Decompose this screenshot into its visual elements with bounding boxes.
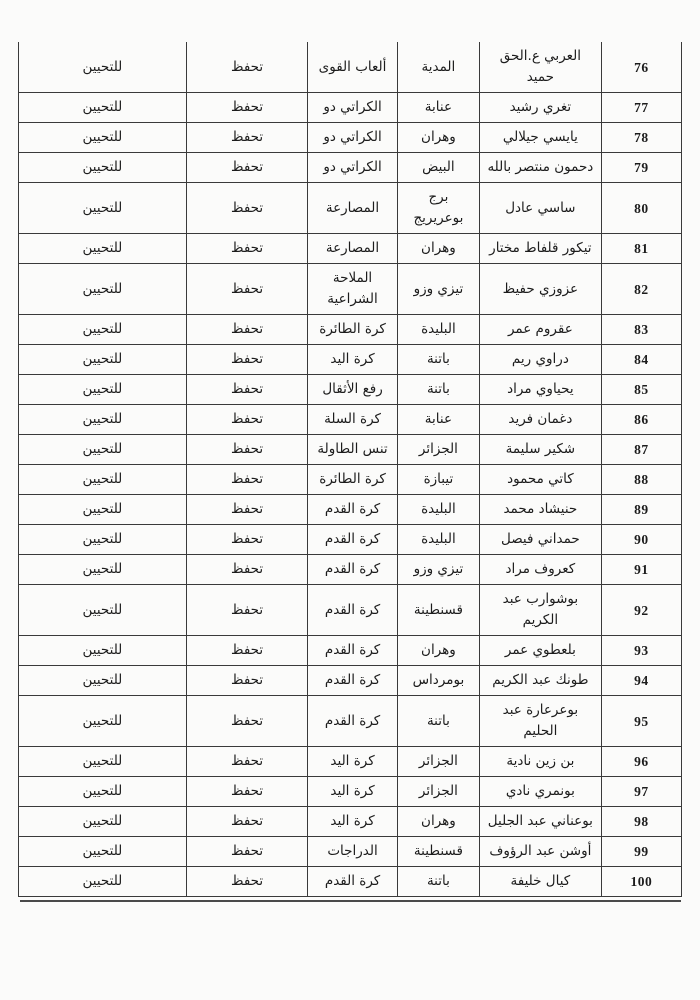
city-cell: المدية bbox=[397, 42, 479, 93]
athletes-roster-body: 76العربي ع.الحق حميدالمديةألعاب القوىتحف… bbox=[19, 42, 682, 897]
sport-cell: كرة الطائرة bbox=[308, 315, 397, 345]
city-cell: باتنة bbox=[397, 696, 479, 747]
table-row: 93بلعطوي عمروهرانكرة القدمتحفظللتحيين bbox=[19, 636, 682, 666]
status-cell: تحفظ bbox=[186, 495, 308, 525]
status-cell: تحفظ bbox=[186, 183, 308, 234]
athlete-name-cell: عقروم عمر bbox=[480, 315, 602, 345]
row-number-cell: 88 bbox=[601, 465, 681, 495]
status-cell: تحفظ bbox=[186, 375, 308, 405]
update-flag-cell: للتحيين bbox=[19, 585, 187, 636]
status-cell: تحفظ bbox=[186, 837, 308, 867]
update-flag-cell: للتحيين bbox=[19, 747, 187, 777]
city-cell: البيض bbox=[397, 153, 479, 183]
table-row: 90حمداني فيصلالبليدةكرة القدمتحفظللتحيين bbox=[19, 525, 682, 555]
athlete-name-cell: حنيشاد محمد bbox=[480, 495, 602, 525]
row-number-cell: 77 bbox=[601, 93, 681, 123]
table-row: 99أوشن عبد الرؤوفقسنطينةالدراجاتتحفظللتح… bbox=[19, 837, 682, 867]
row-number-cell: 79 bbox=[601, 153, 681, 183]
city-cell: تيبازة bbox=[397, 465, 479, 495]
update-flag-cell: للتحيين bbox=[19, 234, 187, 264]
city-cell: بومرداس bbox=[397, 666, 479, 696]
city-cell: البليدة bbox=[397, 315, 479, 345]
city-cell: الجزائر bbox=[397, 435, 479, 465]
city-cell: وهران bbox=[397, 807, 479, 837]
status-cell: تحفظ bbox=[186, 666, 308, 696]
update-flag-cell: للتحيين bbox=[19, 123, 187, 153]
table-row: 94طونك عبد الكريمبومرداسكرة القدمتحفظللت… bbox=[19, 666, 682, 696]
status-cell: تحفظ bbox=[186, 153, 308, 183]
city-cell: عنابة bbox=[397, 405, 479, 435]
city-cell: باتنة bbox=[397, 345, 479, 375]
row-number-cell: 95 bbox=[601, 696, 681, 747]
sport-cell: كرة القدم bbox=[308, 696, 397, 747]
table-row: 87شكير سليمةالجزائرتنس الطاولةتحفظللتحيي… bbox=[19, 435, 682, 465]
athlete-name-cell: تغري رشيد bbox=[480, 93, 602, 123]
update-flag-cell: للتحيين bbox=[19, 315, 187, 345]
table-row: 89حنيشاد محمدالبليدةكرة القدمتحفظللتحيين bbox=[19, 495, 682, 525]
status-cell: تحفظ bbox=[186, 807, 308, 837]
row-number-cell: 97 bbox=[601, 777, 681, 807]
row-number-cell: 98 bbox=[601, 807, 681, 837]
row-number-cell: 80 bbox=[601, 183, 681, 234]
scanned-page: 76العربي ع.الحق حميدالمديةألعاب القوىتحف… bbox=[18, 42, 682, 897]
athlete-name-cell: دراوي ريم bbox=[480, 345, 602, 375]
sport-cell: الكراتي دو bbox=[308, 153, 397, 183]
row-number-cell: 78 bbox=[601, 123, 681, 153]
status-cell: تحفظ bbox=[186, 435, 308, 465]
status-cell: تحفظ bbox=[186, 585, 308, 636]
sport-cell: كرة القدم bbox=[308, 525, 397, 555]
row-number-cell: 76 bbox=[601, 42, 681, 93]
table-row: 91كعروف مرادتيزي وزوكرة القدمتحفظللتحيين bbox=[19, 555, 682, 585]
athlete-name-cell: كاتي محمود bbox=[480, 465, 602, 495]
status-cell: تحفظ bbox=[186, 123, 308, 153]
status-cell: تحفظ bbox=[186, 696, 308, 747]
sport-cell: الملاحة الشراعية bbox=[308, 264, 397, 315]
row-number-cell: 90 bbox=[601, 525, 681, 555]
city-cell: وهران bbox=[397, 123, 479, 153]
update-flag-cell: للتحيين bbox=[19, 375, 187, 405]
city-cell: تيزي وزو bbox=[397, 555, 479, 585]
athlete-name-cell: بلعطوي عمر bbox=[480, 636, 602, 666]
athlete-name-cell: بوعناني عبد الجليل bbox=[480, 807, 602, 837]
status-cell: تحفظ bbox=[186, 264, 308, 315]
status-cell: تحفظ bbox=[186, 525, 308, 555]
sport-cell: الكراتي دو bbox=[308, 123, 397, 153]
city-cell: تيزي وزو bbox=[397, 264, 479, 315]
table-row: 85يحياوي مرادباتنةرفع الأثقالتحفظللتحيين bbox=[19, 375, 682, 405]
athlete-name-cell: بن زين نادية bbox=[480, 747, 602, 777]
update-flag-cell: للتحيين bbox=[19, 636, 187, 666]
sport-cell: المصارعة bbox=[308, 234, 397, 264]
sport-cell: الدراجات bbox=[308, 837, 397, 867]
athlete-name-cell: تيكور قلفاط مختار bbox=[480, 234, 602, 264]
athlete-name-cell: شكير سليمة bbox=[480, 435, 602, 465]
table-row: 92بوشوارب عبد الكريمقسنطينةكرة القدمتحفظ… bbox=[19, 585, 682, 636]
athlete-name-cell: بوشوارب عبد الكريم bbox=[480, 585, 602, 636]
table-row: 77تغري رشيدعنابةالكراتي دوتحفظللتحيين bbox=[19, 93, 682, 123]
update-flag-cell: للتحيين bbox=[19, 696, 187, 747]
update-flag-cell: للتحيين bbox=[19, 525, 187, 555]
table-row: 78يايسي جيلاليوهرانالكراتي دوتحفظللتحيين bbox=[19, 123, 682, 153]
table-row: 79دحمون منتصر باللهالبيضالكراتي دوتحفظلل… bbox=[19, 153, 682, 183]
athlete-name-cell: بونمري نادي bbox=[480, 777, 602, 807]
table-row: 100كيال خليفةباتنةكرة القدمتحفظللتحيين bbox=[19, 867, 682, 897]
update-flag-cell: للتحيين bbox=[19, 153, 187, 183]
athletes-roster-table: 76العربي ع.الحق حميدالمديةألعاب القوىتحف… bbox=[18, 42, 682, 897]
update-flag-cell: للتحيين bbox=[19, 345, 187, 375]
sport-cell: كرة القدم bbox=[308, 495, 397, 525]
update-flag-cell: للتحيين bbox=[19, 495, 187, 525]
status-cell: تحفظ bbox=[186, 234, 308, 264]
row-number-cell: 81 bbox=[601, 234, 681, 264]
row-number-cell: 94 bbox=[601, 666, 681, 696]
update-flag-cell: للتحيين bbox=[19, 183, 187, 234]
status-cell: تحفظ bbox=[186, 747, 308, 777]
table-row: 76العربي ع.الحق حميدالمديةألعاب القوىتحف… bbox=[19, 42, 682, 93]
sport-cell: كرة اليد bbox=[308, 345, 397, 375]
athlete-name-cell: ساسي عادل bbox=[480, 183, 602, 234]
city-cell: الجزائر bbox=[397, 747, 479, 777]
sport-cell: رفع الأثقال bbox=[308, 375, 397, 405]
table-row: 80ساسي عادلبرج بوعريريجالمصارعةتحفظللتحي… bbox=[19, 183, 682, 234]
update-flag-cell: للتحيين bbox=[19, 435, 187, 465]
city-cell: عنابة bbox=[397, 93, 479, 123]
table-row: 86دغمان فريدعنابةكرة السلةتحفظللتحيين bbox=[19, 405, 682, 435]
status-cell: تحفظ bbox=[186, 555, 308, 585]
table-row: 84دراوي ريمباتنةكرة اليدتحفظللتحيين bbox=[19, 345, 682, 375]
sport-cell: كرة القدم bbox=[308, 636, 397, 666]
row-number-cell: 100 bbox=[601, 867, 681, 897]
athlete-name-cell: العربي ع.الحق حميد bbox=[480, 42, 602, 93]
row-number-cell: 96 bbox=[601, 747, 681, 777]
sport-cell: كرة القدم bbox=[308, 666, 397, 696]
table-row: 96بن زين ناديةالجزائركرة اليدتحفظللتحيين bbox=[19, 747, 682, 777]
table-row: 83عقروم عمرالبليدةكرة الطائرةتحفظللتحيين bbox=[19, 315, 682, 345]
update-flag-cell: للتحيين bbox=[19, 837, 187, 867]
status-cell: تحفظ bbox=[186, 405, 308, 435]
status-cell: تحفظ bbox=[186, 315, 308, 345]
update-flag-cell: للتحيين bbox=[19, 42, 187, 93]
city-cell: وهران bbox=[397, 234, 479, 264]
sport-cell: تنس الطاولة bbox=[308, 435, 397, 465]
row-number-cell: 99 bbox=[601, 837, 681, 867]
athlete-name-cell: يحياوي مراد bbox=[480, 375, 602, 405]
table-row: 82عزوزي حفيظتيزي وزوالملاحة الشراعيةتحفظ… bbox=[19, 264, 682, 315]
table-row: 97بونمري ناديالجزائركرة اليدتحفظللتحيين bbox=[19, 777, 682, 807]
update-flag-cell: للتحيين bbox=[19, 807, 187, 837]
city-cell: وهران bbox=[397, 636, 479, 666]
sport-cell: كرة الطائرة bbox=[308, 465, 397, 495]
update-flag-cell: للتحيين bbox=[19, 264, 187, 315]
sport-cell: ألعاب القوى bbox=[308, 42, 397, 93]
row-number-cell: 89 bbox=[601, 495, 681, 525]
sport-cell: كرة القدم bbox=[308, 555, 397, 585]
update-flag-cell: للتحيين bbox=[19, 777, 187, 807]
update-flag-cell: للتحيين bbox=[19, 405, 187, 435]
status-cell: تحفظ bbox=[186, 345, 308, 375]
status-cell: تحفظ bbox=[186, 42, 308, 93]
row-number-cell: 87 bbox=[601, 435, 681, 465]
sport-cell: كرة اليد bbox=[308, 777, 397, 807]
update-flag-cell: للتحيين bbox=[19, 93, 187, 123]
row-number-cell: 84 bbox=[601, 345, 681, 375]
city-cell: قسنطينة bbox=[397, 837, 479, 867]
athlete-name-cell: عزوزي حفيظ bbox=[480, 264, 602, 315]
city-cell: الجزائر bbox=[397, 777, 479, 807]
status-cell: تحفظ bbox=[186, 636, 308, 666]
update-flag-cell: للتحيين bbox=[19, 867, 187, 897]
athlete-name-cell: طونك عبد الكريم bbox=[480, 666, 602, 696]
athlete-name-cell: دحمون منتصر بالله bbox=[480, 153, 602, 183]
row-number-cell: 82 bbox=[601, 264, 681, 315]
sport-cell: كرة اليد bbox=[308, 747, 397, 777]
sport-cell: كرة السلة bbox=[308, 405, 397, 435]
city-cell: برج بوعريريج bbox=[397, 183, 479, 234]
status-cell: تحفظ bbox=[186, 867, 308, 897]
table-row: 81تيكور قلفاط مختاروهرانالمصارعةتحفظللتح… bbox=[19, 234, 682, 264]
city-cell: قسنطينة bbox=[397, 585, 479, 636]
athlete-name-cell: أوشن عبد الرؤوف bbox=[480, 837, 602, 867]
update-flag-cell: للتحيين bbox=[19, 465, 187, 495]
table-row: 95بوعرعارة عبد الحليمباتنةكرة القدمتحفظل… bbox=[19, 696, 682, 747]
sport-cell: كرة اليد bbox=[308, 807, 397, 837]
row-number-cell: 83 bbox=[601, 315, 681, 345]
row-number-cell: 91 bbox=[601, 555, 681, 585]
city-cell: البليدة bbox=[397, 495, 479, 525]
table-row: 88كاتي محمودتيبازةكرة الطائرةتحفظللتحيين bbox=[19, 465, 682, 495]
city-cell: البليدة bbox=[397, 525, 479, 555]
city-cell: باتنة bbox=[397, 867, 479, 897]
city-cell: باتنة bbox=[397, 375, 479, 405]
athlete-name-cell: دغمان فريد bbox=[480, 405, 602, 435]
sport-cell: كرة القدم bbox=[308, 585, 397, 636]
row-number-cell: 86 bbox=[601, 405, 681, 435]
status-cell: تحفظ bbox=[186, 93, 308, 123]
athlete-name-cell: كعروف مراد bbox=[480, 555, 602, 585]
athlete-name-cell: حمداني فيصل bbox=[480, 525, 602, 555]
row-number-cell: 93 bbox=[601, 636, 681, 666]
athlete-name-cell: كيال خليفة bbox=[480, 867, 602, 897]
row-number-cell: 92 bbox=[601, 585, 681, 636]
sport-cell: المصارعة bbox=[308, 183, 397, 234]
status-cell: تحفظ bbox=[186, 777, 308, 807]
update-flag-cell: للتحيين bbox=[19, 555, 187, 585]
sport-cell: الكراتي دو bbox=[308, 93, 397, 123]
update-flag-cell: للتحيين bbox=[19, 666, 187, 696]
athlete-name-cell: يايسي جيلالي bbox=[480, 123, 602, 153]
sport-cell: كرة القدم bbox=[308, 867, 397, 897]
athlete-name-cell: بوعرعارة عبد الحليم bbox=[480, 696, 602, 747]
table-row: 98بوعناني عبد الجليلوهرانكرة اليدتحفظللت… bbox=[19, 807, 682, 837]
row-number-cell: 85 bbox=[601, 375, 681, 405]
status-cell: تحفظ bbox=[186, 465, 308, 495]
